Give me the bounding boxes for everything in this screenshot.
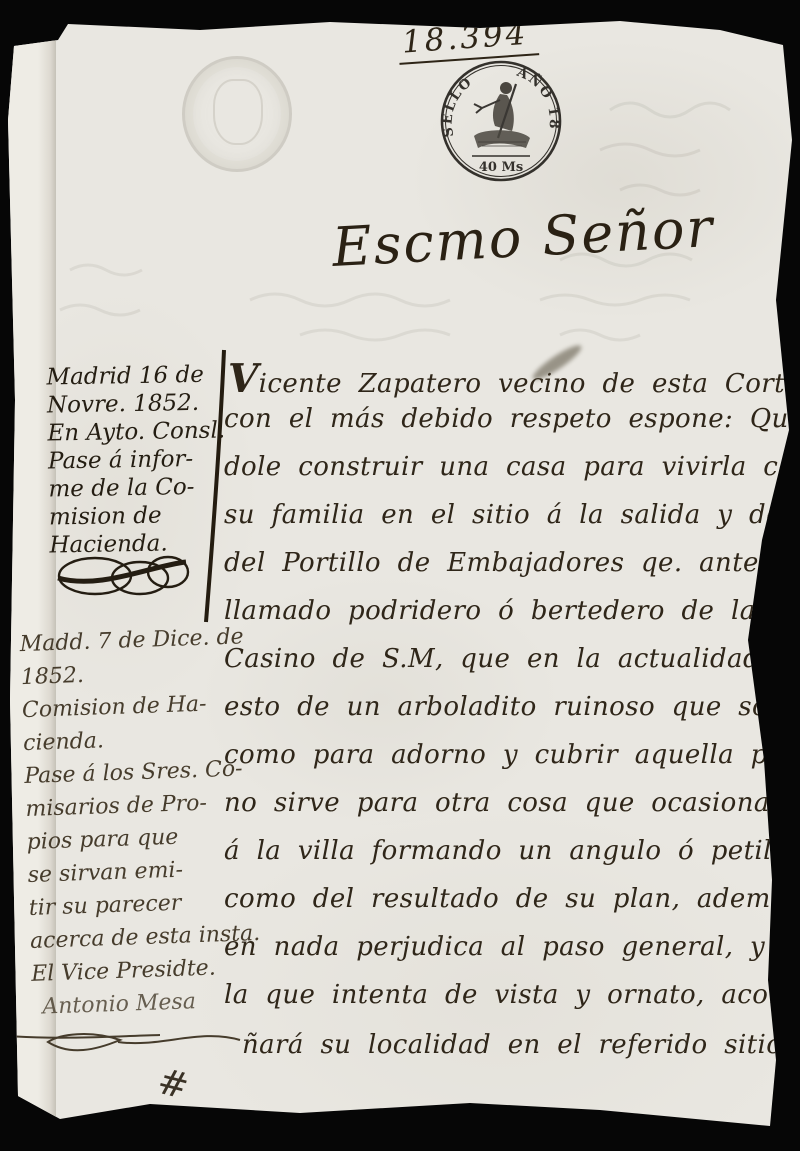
- signature-flourish: [8, 1034, 240, 1050]
- ink-flourishes-overlay: [0, 0, 800, 1151]
- margin-divider-ink-line: [206, 350, 224, 622]
- bleedthrough-ghost-writing: [60, 103, 730, 340]
- rubric-flourish: [58, 557, 188, 594]
- manuscript-page: 18.394 SELLO 4º AÑO 1852. 40 Ms: [0, 0, 800, 1151]
- scanned-document: 18.394 SELLO 4º AÑO 1852. 40 Ms: [0, 0, 800, 1151]
